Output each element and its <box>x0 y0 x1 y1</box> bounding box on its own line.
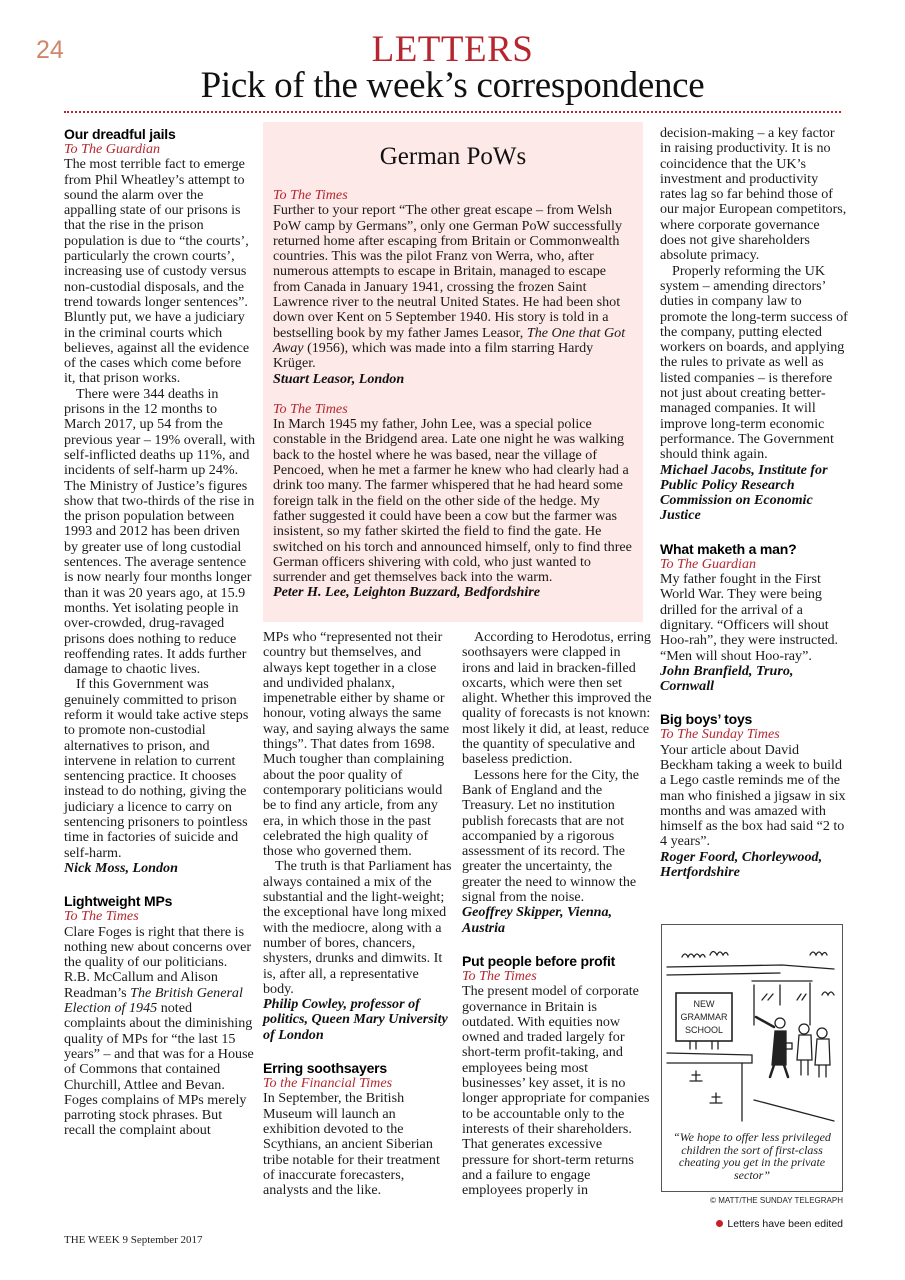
cartoon-credit: © MATT/THE SUNDAY TELEGRAPH <box>660 1196 843 1205</box>
letter-headline: Big boys’ toys <box>660 711 848 727</box>
column-4: decision-making – a key factor in raisin… <box>660 126 848 880</box>
letter-what-maketh-a-man: What maketh a man? To The Guardian My fa… <box>660 541 848 695</box>
letter-headline: What maketh a man? <box>660 541 848 557</box>
letter-paragraph: Further to your report “The other great … <box>273 203 633 371</box>
letter-source: To The Guardian <box>64 142 256 157</box>
letter-source: To The Sunday Times <box>660 727 848 742</box>
publication-footer: THE WEEK 9 September 2017 <box>64 1234 203 1246</box>
column-3: According to Herodotus, erring soothsaye… <box>462 630 652 1198</box>
letter-source: To The Times <box>273 188 633 203</box>
letter-signature: Michael Jacobs, Institute for Public Pol… <box>660 463 848 524</box>
cartoon-caption: “We hope to offer less privileged childr… <box>668 1131 836 1181</box>
letter-paragraph: decision-making – a key factor in raisin… <box>660 126 848 264</box>
letter-headline: Lightweight MPs <box>64 893 256 909</box>
header-divider <box>64 111 841 113</box>
svg-text:SCHOOL: SCHOOL <box>685 1025 723 1035</box>
letter-our-dreadful-jails: Our dreadful jails To The Guardian The m… <box>64 126 256 876</box>
letter-headline: Put people before profit <box>462 953 652 969</box>
feature-title: German PoWs <box>273 142 633 172</box>
letter-signature: John Branfield, Truro, Cornwall <box>660 664 848 695</box>
letter-paragraph: Clare Foges is right that there is nothi… <box>64 925 256 1139</box>
letter-signature: Roger Foord, Chorleywood, Hertfordshire <box>660 850 848 881</box>
letter-source: To The Guardian <box>660 557 848 572</box>
letter-paragraph: The truth is that Parliament has always … <box>263 859 453 997</box>
letter-source: To The Times <box>462 969 652 984</box>
letter-paragraph: Properly reforming the UK system – amend… <box>660 264 848 463</box>
letter-paragraph: According to Herodotus, erring soothsaye… <box>462 630 652 768</box>
letter-paragraph: In September, the British Museum will la… <box>263 1091 453 1198</box>
svg-text:GRAMMAR: GRAMMAR <box>681 1012 729 1022</box>
letter-paragraph: My father fought in the First World War.… <box>660 572 848 664</box>
edited-note: Letters have been edited <box>660 1218 843 1230</box>
cartoon-panel: NEW GRAMMAR SCHOOL “We hope to offer les… <box>661 924 843 1192</box>
feature-box-german-pows: German PoWs To The Times Further to your… <box>263 122 643 622</box>
letter-paragraph: If this Government was genuinely committ… <box>64 677 256 861</box>
column-1: Our dreadful jails To The Guardian The m… <box>64 126 256 1139</box>
letter-erring-soothsayers: Erring soothsayers To the Financial Time… <box>263 1060 453 1198</box>
letter-signature: Peter H. Lee, Leighton Buzzard, Bedfords… <box>273 585 633 600</box>
letter-source: To The Times <box>64 909 256 924</box>
red-bullet-icon <box>716 1220 723 1227</box>
letter-signature: Stuart Leasor, London <box>273 372 633 387</box>
letter-source: To The Times <box>273 402 633 417</box>
letter-paragraph: The present model of corporate governanc… <box>462 984 652 1198</box>
letter-signature: Geoffrey Skipper, Vienna, Austria <box>462 905 652 936</box>
letter-signature: Nick Moss, London <box>64 861 256 876</box>
page-subtitle: Pick of the week’s correspondence <box>0 66 905 106</box>
letter-put-people-before-profit: Put people before profit To The Times Th… <box>462 953 652 1198</box>
letter-source: To the Financial Times <box>263 1076 453 1091</box>
letter-big-boys-toys: Big boys’ toys To The Sunday Times Your … <box>660 711 848 880</box>
section-title: LETTERS <box>0 30 905 70</box>
letter-paragraph: MPs who “represented not their country b… <box>263 630 453 859</box>
letter-headline: Our dreadful jails <box>64 126 256 142</box>
column-2: MPs who “represented not their country b… <box>263 630 453 1198</box>
cartoon-illustration-icon: NEW GRAMMAR SCHOOL <box>662 925 844 1125</box>
letter-signature: Philip Cowley, professor of politics, Qu… <box>263 997 453 1043</box>
letter-paragraph: In March 1945 my father, John Lee, was a… <box>273 417 633 585</box>
letter-paragraph: There were 344 deaths in prisons in the … <box>64 387 256 678</box>
letter-paragraph: The most terrible fact to emerge from Ph… <box>64 157 256 386</box>
letter-paragraph: Your article about David Beckham taking … <box>660 743 848 850</box>
letter-paragraph: Lessons here for the City, the Bank of E… <box>462 768 652 906</box>
letter-lightweight-mps: Lightweight MPs To The Times Clare Foges… <box>64 893 256 1138</box>
svg-text:NEW: NEW <box>694 999 716 1009</box>
letter-headline: Erring soothsayers <box>263 1060 453 1076</box>
